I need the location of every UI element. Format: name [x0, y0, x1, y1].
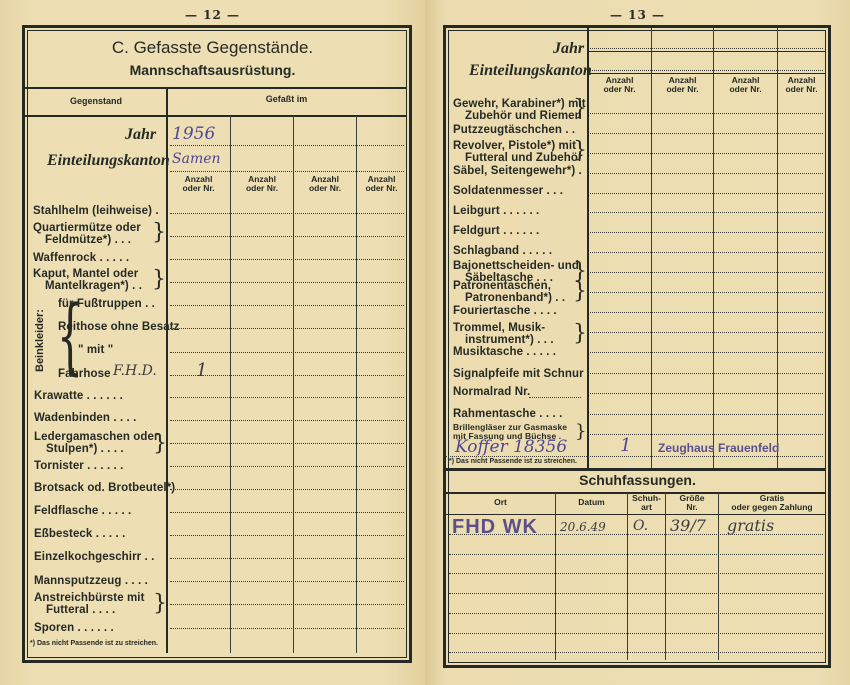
- row-line: [170, 328, 404, 329]
- item-rahmentasche: Rahmentasche . . . .: [453, 408, 562, 420]
- row-line: [449, 613, 823, 614]
- shoes-header-schuhart: Schuh-art: [628, 494, 665, 512]
- row-line: [170, 305, 404, 306]
- row-line: [170, 213, 404, 214]
- divider: [170, 145, 404, 146]
- item-feldgurt: Feldgurt . . . . . .: [453, 225, 539, 237]
- row-line: [170, 558, 404, 559]
- row-line: [170, 236, 404, 237]
- row-line: [590, 252, 823, 253]
- divider: [170, 171, 404, 172]
- row-line: [590, 212, 823, 213]
- row-line: [170, 604, 404, 605]
- footnote: *) Das nicht Passende ist zu streichen.: [449, 458, 577, 465]
- row-line: [170, 420, 404, 421]
- item-trommel: Trommel, Musik-instrument*) . . .: [453, 322, 554, 346]
- shoes-header-datum: Datum: [556, 498, 627, 507]
- item-krawatte: Krawatte . . . . . .: [34, 390, 123, 402]
- column-header: Anzahloder Nr.: [294, 175, 356, 193]
- right-page: — 13 — Jahr Einteilungskanton Anzahloder…: [425, 0, 850, 685]
- row-line: [590, 272, 823, 273]
- row-line: [170, 489, 404, 490]
- divider: [293, 116, 294, 653]
- item-quartiermuetze: Quartiermütze oderFeldmütze*) . . .: [33, 222, 141, 246]
- item-putzzeugtaeschchen: Putzzeugtäschchen . .: [453, 124, 575, 136]
- zeughaus-stamp: Zeughaus Frauenfeld: [658, 441, 779, 455]
- column-header: Anzahloder Nr.: [778, 76, 825, 94]
- item-schlagband: Schlagband . . . . .: [453, 245, 552, 257]
- column-header: Anzahloder Nr.: [714, 76, 777, 94]
- row-line: [590, 332, 823, 333]
- row-line: [590, 173, 823, 174]
- brace-icon: }: [153, 433, 167, 455]
- row-line: [170, 466, 404, 467]
- shoes-row-gratis[interactable]: gratis: [727, 516, 774, 535]
- row-line: [590, 393, 823, 394]
- row-line: [590, 312, 823, 313]
- divider: [356, 116, 357, 653]
- brace-icon: }: [573, 140, 587, 162]
- item-ledergamaschen: Ledergamaschen oderStulpen*) . . . .: [34, 431, 159, 455]
- item-essbesteck: Eßbesteck . . . . .: [34, 528, 125, 540]
- section-subtitle: Mannschaftsausrüstung.: [0, 62, 425, 78]
- item-sporen: Sporen . . . . . .: [34, 622, 114, 634]
- divider: [25, 87, 406, 89]
- row-line: [590, 232, 823, 233]
- normalrad-number-line[interactable]: [529, 397, 581, 398]
- row-line: [590, 193, 823, 194]
- divider: [555, 493, 556, 660]
- item-leibgurt: Leibgurt . . . . . .: [453, 205, 539, 217]
- item-fahrhose: Fahrhose: [58, 368, 111, 380]
- shoes-row-ort[interactable]: FHD WK: [452, 516, 538, 539]
- row-line: [170, 443, 404, 444]
- item-musiktasche: Musiktasche . . . . .: [453, 346, 556, 358]
- canton-label: Einteilungskanton: [47, 152, 170, 170]
- row-line: [449, 633, 823, 634]
- brace-icon: }: [573, 323, 587, 345]
- row-line: [590, 70, 823, 71]
- shoes-header-gratis: Gratisoder gegen Zahlung: [719, 494, 825, 512]
- item-saebel: Säbel, Seitengewehr*) .: [453, 165, 582, 177]
- shoes-row-groesse[interactable]: 39/7: [670, 516, 706, 535]
- section-title: C. Gefasste Gegenstände.: [0, 38, 425, 58]
- divider: [718, 493, 719, 660]
- item-kaput: Kaput, Mantel oderMantelkragen*) . .: [33, 268, 142, 292]
- fahrhose-value[interactable]: 1: [196, 360, 207, 381]
- row-line: [170, 397, 404, 398]
- header-gefasst-im: Gefaßt im: [167, 95, 406, 104]
- item-stahlhelm: Stahlhelm (leihweise) .: [33, 205, 159, 217]
- divider: [651, 28, 652, 468]
- item-einzelkochgeschirr: Einzelkochgeschirr . .: [34, 551, 154, 563]
- canton-value[interactable]: Samen: [172, 151, 221, 167]
- row-line: [590, 352, 823, 353]
- extra-item-koffer[interactable]: Koffer 18356: [455, 437, 567, 457]
- footnote: *) Das nicht Passende ist zu streichen.: [30, 640, 158, 647]
- row-line: [170, 352, 404, 353]
- row-line: [590, 48, 823, 49]
- item-waffenrock: Waffenrock . . . . .: [33, 252, 129, 264]
- column-header: Anzahloder Nr.: [167, 175, 230, 193]
- item-tornister: Tornister . . . . . .: [34, 460, 123, 472]
- divider: [587, 28, 589, 468]
- item-fusstruppen: für Fußtruppen . .: [58, 298, 155, 310]
- page-number: — 12 —: [0, 8, 425, 22]
- divider: [713, 28, 714, 468]
- column-header: Anzahloder Nr.: [357, 175, 406, 193]
- row-line: [590, 133, 823, 134]
- row-line: [170, 512, 404, 513]
- year-label: Jahr: [553, 40, 584, 58]
- divider: [588, 73, 825, 74]
- row-line: [170, 259, 404, 260]
- column-header: Anzahloder Nr.: [231, 175, 293, 193]
- header-gegenstand: Gegenstand: [25, 97, 167, 106]
- row-line: [449, 652, 823, 653]
- brace-icon: }: [575, 421, 586, 443]
- row-line: [170, 628, 404, 629]
- item-revolver: Revolver, Pistole*) mitFutteral und Zube…: [453, 140, 583, 164]
- column-header: Anzahloder Nr.: [652, 76, 713, 94]
- row-line: [449, 573, 823, 574]
- fahrhose-handwritten-label: F.H.D.: [113, 363, 157, 379]
- divider: [588, 51, 825, 52]
- row-line: [590, 414, 823, 415]
- row-line: [170, 375, 404, 376]
- item-feldflasche: Feldflasche . . . . .: [34, 505, 131, 517]
- item-soldatenmesser: Soldatenmesser . . .: [453, 185, 563, 197]
- shoes-row-datum[interactable]: 20.6.49: [560, 520, 606, 534]
- row-line: [170, 581, 404, 582]
- brace-icon: }: [573, 98, 587, 120]
- group-label-beinkleider: Beinkleider:: [34, 309, 46, 372]
- brace-icon: }: [573, 281, 587, 303]
- divider: [166, 88, 168, 653]
- divider: [627, 493, 628, 660]
- year-value[interactable]: 1956: [172, 124, 215, 144]
- item-reithose-ohne: Reithose ohne Besatz: [58, 321, 180, 333]
- item-reithose-mit: " mit ": [78, 344, 113, 356]
- row-line: [590, 292, 823, 293]
- item-mannsputzzeug: Mannsputzzeug . . . .: [34, 575, 148, 587]
- item-fouriertasche: Fouriertasche . . . .: [453, 305, 557, 317]
- item-gewehr: Gewehr, Karabiner*) mitZubehör und Rieme…: [453, 98, 586, 122]
- item-wadenbinden: Wadenbinden . . . .: [34, 412, 136, 424]
- koffer-value[interactable]: 1: [620, 435, 631, 456]
- column-header: Anzahloder Nr.: [588, 76, 651, 94]
- page-number: — 13 —: [425, 8, 850, 22]
- row-line: [590, 153, 823, 154]
- item-patronentaschen: Patronentaschen,Patronenband*) . .: [453, 280, 565, 304]
- left-page: — 12 — C. Gefasste Gegenstände. Mannscha…: [0, 0, 425, 685]
- row-line: [170, 282, 404, 283]
- item-signalpfeife: Signalpfeife mit Schnur: [453, 368, 584, 380]
- shoes-header-groesse: GrößeNr.: [666, 494, 718, 512]
- divider: [25, 115, 406, 117]
- shoes-row-schuhart[interactable]: O.: [633, 518, 648, 534]
- row-line: [446, 456, 823, 457]
- brace-icon: }: [152, 269, 166, 291]
- brace-icon: }: [152, 222, 166, 244]
- divider: [230, 116, 231, 653]
- brace-icon: }: [153, 593, 167, 615]
- item-anstreichbuerste: Anstreichbürste mitFutteral . . . .: [34, 592, 145, 616]
- row-line: [449, 593, 823, 594]
- shoes-title: Schuhfassungen.: [425, 472, 850, 488]
- shoes-header-ort: Ort: [446, 498, 555, 507]
- divider: [665, 493, 666, 660]
- canton-label: Einteilungskanton: [469, 62, 592, 80]
- row-line: [590, 113, 823, 114]
- divider: [446, 468, 825, 471]
- row-line: [590, 434, 823, 435]
- row-line: [590, 373, 823, 374]
- item-brotsack: Brotsack od. Brotbeutel*): [34, 482, 175, 494]
- divider: [446, 514, 825, 515]
- row-line: [449, 554, 823, 555]
- year-label: Jahr: [125, 126, 156, 144]
- divider: [777, 28, 778, 468]
- row-line: [449, 534, 823, 535]
- item-normalrad: Normalrad Nr.: [453, 386, 530, 398]
- row-line: [170, 535, 404, 536]
